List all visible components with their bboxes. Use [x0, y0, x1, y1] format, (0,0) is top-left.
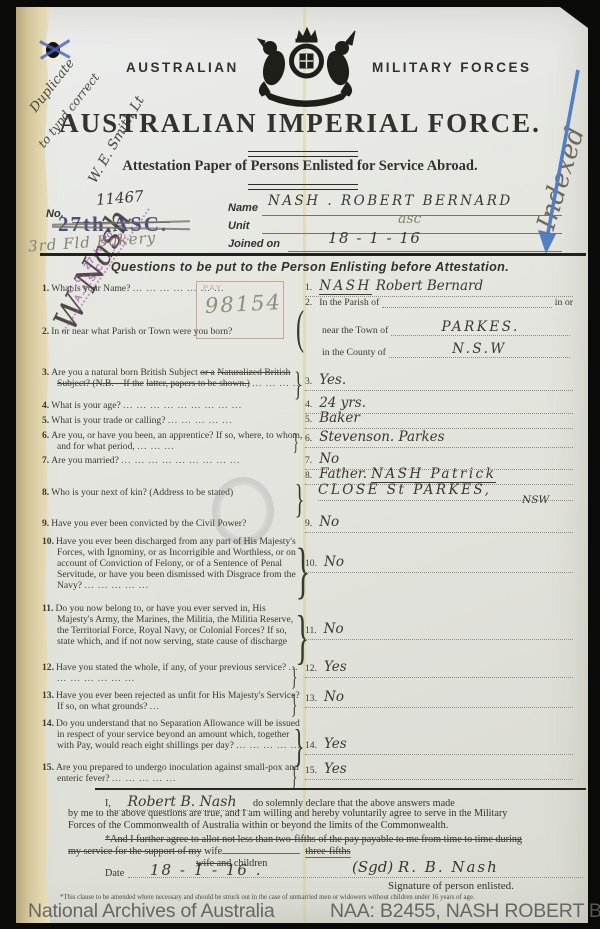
answer-14: 14.Yes [305, 735, 573, 755]
handwritten-date: 18 - 1 - 16 [328, 229, 421, 247]
question-5: 5.What is your trade or calling? ... ...… [42, 416, 315, 427]
answer-3: 3.Yes. [305, 371, 573, 391]
answer-number: 1. [305, 282, 319, 293]
answer-9: 9.No [305, 513, 573, 533]
answer-handwriting: No [324, 621, 344, 637]
answer-handwriting: Robert Bernard [376, 278, 483, 294]
answer-6: 6.Stevenson. Parkes [305, 428, 573, 448]
question-text: Have you stated the whole, if any, of yo… [56, 662, 286, 673]
answer-number: 14. [305, 740, 324, 751]
question-text: Do you now belong to, or have you ever s… [55, 603, 293, 647]
divider-rule [248, 151, 358, 157]
answer-2-town: near the Town ofPARKES. [322, 319, 573, 336]
question-text: What is your trade or calling? [51, 415, 165, 426]
answer-number: 13. [305, 693, 324, 704]
brace-glyph: } [291, 662, 297, 692]
signature-text: R. B. Nash [398, 858, 499, 876]
question-number: 5. [42, 415, 51, 426]
question-number: 10. [42, 536, 56, 547]
brace-text: } [294, 366, 302, 403]
divider-rule [248, 184, 358, 190]
struck-text: latter, papers to be shown.) [146, 378, 250, 389]
leader-dots: ... ... ... ... ... ... ... ... ... [123, 400, 242, 411]
answer-handwriting: Stevenson. Parkes [319, 429, 444, 445]
allotment-clause-line2: my service for the support of my wife th… [68, 846, 580, 857]
signature-line [340, 877, 583, 878]
question-6: 6.Are you, or have you been, an apprenti… [42, 431, 307, 453]
question-number: 13. [42, 690, 56, 701]
answer-handwriting: No [324, 554, 344, 570]
leader-dots: ... ... ... ... ... [112, 773, 177, 784]
question-2: 2.In or near what Parish or Town were yo… [42, 327, 307, 338]
question-text: What is your age? [51, 400, 121, 411]
struck-text: my service for the support of my [68, 846, 202, 857]
brace-glyph: } [291, 690, 297, 720]
label-text: Name [228, 202, 258, 214]
answer-label: In the Parish of [319, 297, 379, 308]
question-3: 3.Are you a natural born British Subject… [42, 368, 309, 390]
struck-text: *And I further agree to allot not less t… [105, 834, 522, 845]
question-number: 3. [42, 367, 51, 378]
subtitle-text: Attestation Paper of Persons Enlisted fo… [122, 158, 477, 174]
answer-handwriting: Yes. [319, 372, 346, 388]
answer-handwriting: Baker [319, 410, 360, 426]
question-text: What is your Name? [51, 283, 130, 294]
declaration-text: Forces of the Commonwealth of Australia … [68, 820, 448, 831]
answer-number: 10. [305, 558, 324, 569]
joined-on-value: 18 - 1 - 16 [328, 229, 421, 247]
brace-text: } [293, 430, 299, 456]
brace-glyph: } [294, 366, 302, 404]
leader-dots: ... ... ... [137, 441, 174, 452]
allotment-clause-line1: *And I further agree to allot not less t… [105, 834, 583, 845]
question-number: 1. [42, 283, 51, 294]
answer-number: 9. [305, 518, 319, 529]
question-text: Are you married? [51, 455, 119, 466]
answer-label: near the Town of [322, 325, 388, 336]
questions-heading: Questions to be put to the Person Enlist… [0, 260, 600, 274]
blank-line [382, 307, 551, 308]
pencil-text: asc [398, 211, 421, 227]
answer-handwriting: NASH [319, 278, 372, 295]
declaration-text: by me to the above questions are true, a… [68, 808, 507, 819]
leader-dots: ... ... ... ... ... [84, 580, 149, 591]
question-7: 7.Are you married? ... ... ... ... ... .… [42, 456, 315, 467]
answer-15: 15.Yes [305, 760, 573, 780]
brace-text: } [291, 690, 297, 719]
title-text: AUSTRALIAN IMPERIAL FORCE. [59, 108, 541, 138]
brace-glyph: } [295, 475, 305, 522]
leader-dots: ... ... ... ... ... [236, 740, 301, 751]
answer-handwriting: Yes [324, 736, 347, 752]
question-number: 15. [42, 762, 56, 773]
leader-dots: ... ... ... ... ... ... ... ... ... [121, 455, 240, 466]
declaration-line3: Forces of the Commonwealth of Australia … [68, 820, 580, 831]
answer-number: 3. [305, 376, 319, 387]
archive-name: National Archives of Australia [28, 900, 275, 923]
answer-handwriting: No [324, 689, 344, 705]
question-13: 13.Have you ever been rejected as unfit … [42, 691, 303, 713]
question-10: 10.Have you ever been discharged from an… [42, 537, 303, 592]
date-value: 18 - 1 - 16 . [150, 861, 262, 879]
question-text: Are you prepared to undergo inoculation … [56, 762, 299, 784]
answer-number: 15. [305, 765, 324, 776]
answer-handwriting: PARKES. [391, 319, 570, 336]
section-rule [95, 788, 586, 790]
label-text: Unit [228, 220, 249, 232]
struck-text: three-fifths [305, 846, 350, 858]
stamp-text: PAY [203, 283, 223, 292]
answer-handwriting: No [319, 514, 339, 530]
answer-label: in the County of [322, 347, 386, 358]
sgd-text: (Sgd) [352, 858, 393, 876]
brace-text: } [291, 662, 297, 691]
answer-handwriting: Yes [324, 761, 347, 777]
answer-number: 11. [305, 625, 324, 636]
label-text: Date [105, 868, 124, 879]
subtitle: Attestation Paper of Persons Enlisted fo… [0, 158, 600, 175]
handwritten-date: 18 - 1 - 16 . [150, 861, 262, 879]
question-number: 12. [42, 662, 56, 673]
brace-text: } [291, 762, 297, 791]
question-11: 11.Do you now belong to, or have you eve… [42, 604, 303, 648]
scanned-attestation-document: Duplicate to typd correct W. E. Smith Lt… [0, 0, 600, 929]
answer-2-parish: 2.In the Parish ofin or [305, 297, 573, 308]
answer-1: 1.NASH Robert Bernard [305, 277, 573, 297]
archive-reference: NAA: B2455, NASH ROBERT BERNARD [330, 900, 600, 923]
question-number: 8. [42, 487, 51, 498]
header-military-forces: MILITARY FORCES [372, 60, 532, 75]
question-text: Are you a natural born British Subject [51, 367, 200, 378]
name-label: Name [228, 202, 258, 214]
header-text: MILITARY FORCES [372, 60, 532, 75]
header-text: AUSTRALIAN [126, 60, 239, 75]
question-12: 12.Have you stated the whole, if any, of… [42, 663, 303, 685]
brace-text: } [295, 476, 305, 521]
answer-5: 5.Baker [305, 409, 573, 429]
answer-2-county: in the County ofN.S.W [322, 341, 573, 358]
question-number: 14. [42, 718, 56, 729]
pay-stamp-label: PAY [203, 283, 223, 292]
answer-number: 12. [305, 663, 324, 674]
date-label: Date [105, 868, 124, 879]
unit-value: asc [398, 211, 421, 227]
answer-handwriting: CLOSE St PARKES, [318, 482, 491, 498]
answer-11: 11.No [305, 620, 573, 640]
handwritten-name: NASH . ROBERT BERNARD [268, 193, 513, 209]
royal-coat-of-arms-icon [250, 26, 360, 110]
heading-text: Questions to be put to the Person Enlist… [111, 260, 509, 274]
unit-label: Unit [228, 220, 249, 232]
brace-glyph: ( [296, 300, 304, 355]
signature-caption: Signature of person enlisted. [388, 880, 514, 892]
question-4: 4.What is your age? ... ... ... ... ... … [42, 401, 315, 412]
answer-handwriting: N.S.W [389, 341, 570, 358]
brace-text: ( [296, 301, 304, 354]
answer-handwriting: Yes [324, 659, 347, 675]
question-number: 2. [42, 326, 51, 337]
question-text: In or near what Parish or Town were you … [51, 326, 232, 337]
question-number: 6. [42, 430, 51, 441]
wife-option: wife [204, 846, 222, 857]
question-text: Who is your next of kin? (Address to be … [51, 487, 233, 498]
bottom-edge-shadow [0, 925, 600, 929]
answer-number: 2. [305, 297, 319, 308]
answer-12: 12.Yes [305, 658, 573, 678]
answer-number: 6. [305, 433, 319, 444]
question-14: 14.Do you understand that no Separation … [42, 719, 303, 752]
answer-number: 5. [305, 414, 319, 425]
section-rule [40, 253, 586, 256]
answer-13: 13.No [305, 688, 573, 708]
header-australian: AUSTRALIAN [126, 60, 239, 75]
question-number: 7. [42, 455, 51, 466]
main-title: AUSTRALIAN IMPERIAL FORCE. [0, 108, 600, 139]
caption-text: Signature of person enlisted. [388, 880, 514, 892]
question-number: 9. [42, 518, 51, 529]
leader-dots: ... ... ... ... ... [168, 415, 233, 426]
name-value: NASH . ROBERT BERNARD [268, 193, 513, 209]
answer-8-state: NSW [522, 494, 549, 506]
declaration-line2: by me to the above questions are true, a… [68, 808, 580, 819]
enlistee-signature: (Sgd) R. B. Nash [352, 858, 499, 876]
question-9: 9.Have you ever been convicted by the Ci… [42, 519, 315, 530]
answer-10: 10.No [305, 553, 573, 573]
answer-number: 8. [305, 470, 319, 481]
question-text: Are you, or have you been, an apprentice… [51, 430, 302, 452]
embossed-round-stamp [212, 477, 274, 545]
label-text: Joined on [228, 238, 280, 250]
blank-line [222, 853, 300, 854]
answer-handwriting: NSW [522, 494, 549, 506]
leader-dots: ... [150, 701, 160, 712]
joined-on-label: Joined on [228, 238, 280, 250]
brace-glyph: } [293, 430, 299, 457]
question-number: 4. [42, 400, 51, 411]
pencil-text: 98154 [204, 290, 282, 318]
question-text: Have you ever been convicted by the Civi… [51, 518, 246, 529]
question-15: 15.Are you prepared to undergo inoculati… [42, 763, 303, 785]
question-text: Have you ever been rejected as unfit for… [56, 690, 300, 712]
pay-stamp-number: 98154 [204, 290, 282, 318]
answer-handwriting: Father. [319, 466, 367, 482]
answer-label: in or [555, 297, 573, 308]
question-number: 11. [42, 603, 55, 614]
struck-text: or a [200, 367, 215, 378]
